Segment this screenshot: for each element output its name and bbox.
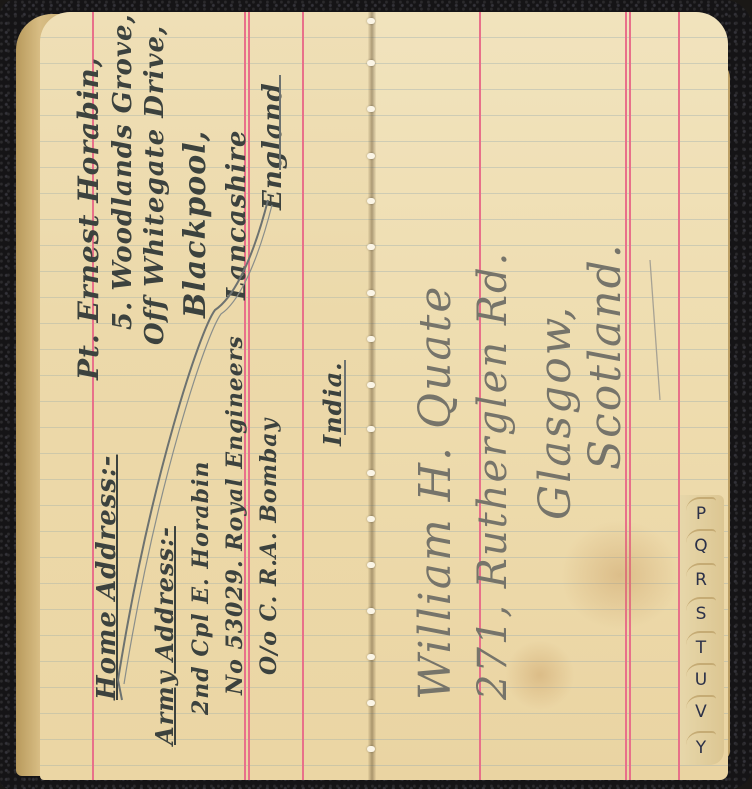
index-tab-t[interactable]: T: [686, 631, 716, 663]
index-tab-s[interactable]: S: [686, 597, 716, 629]
binding-stitch: [367, 746, 375, 752]
index-tab-v[interactable]: V: [686, 695, 716, 727]
binding-stitch: [367, 244, 375, 250]
home-address-line: 5. Woodlands Grove,: [108, 13, 138, 330]
home-address-line: Blackpool,: [178, 130, 213, 318]
army-address-line: O/o C. R.A. Bombay: [256, 418, 282, 675]
binding-stitch: [367, 106, 375, 112]
binding-stitch: [367, 654, 375, 660]
margin-line: [248, 12, 250, 780]
contact-address-line: Glasgow,: [530, 305, 581, 520]
contact-name: William H. Quate: [410, 285, 461, 700]
binding-stitch: [367, 426, 375, 432]
index-tab-p[interactable]: P: [686, 497, 716, 529]
home-address-label: Home Address:-: [92, 455, 122, 700]
index-tab-u[interactable]: U: [686, 663, 716, 695]
binding-stitch: [367, 336, 375, 342]
home-address-line: Lancashire: [222, 130, 252, 300]
book-gutter: [368, 12, 376, 780]
home-address-line: Off Whitegate Drive,: [140, 25, 170, 345]
index-tab-y[interactable]: Y: [686, 731, 716, 763]
binding-stitch: [367, 470, 375, 476]
margin-line: [302, 12, 304, 780]
home-address-line: Pt. Ernest Horabin,: [72, 56, 105, 380]
army-address-line: No 53029. Royal Engineers: [222, 335, 248, 695]
binding-stitch: [367, 516, 375, 522]
index-tab-r[interactable]: R: [686, 563, 716, 595]
binding-stitch: [367, 198, 375, 204]
contact-address-line: 271, Rutherglen Rd.: [470, 251, 516, 700]
contact-address-line: Scotland.: [580, 242, 631, 470]
binding-stitch: [367, 608, 375, 614]
home-address-line: England: [258, 82, 288, 210]
address-book-photo: Home Address:- Pt. Ernest Horabin, 5. Wo…: [0, 0, 752, 789]
binding-stitch: [367, 290, 375, 296]
index-tabs: P Q R S T U V Y: [680, 495, 724, 765]
binding-stitch: [367, 153, 375, 159]
army-address-label: Army Address:-: [150, 526, 179, 745]
binding-stitch: [367, 382, 375, 388]
index-tab-q[interactable]: Q: [686, 529, 716, 561]
army-address-line: 2nd Cpl E. Horabin: [188, 461, 214, 715]
binding-stitch: [367, 700, 375, 706]
paper-stain: [560, 520, 680, 630]
binding-stitch: [367, 60, 375, 66]
army-address-line: India.: [318, 362, 347, 446]
binding-stitch: [367, 18, 375, 24]
binding-stitch: [367, 562, 375, 568]
